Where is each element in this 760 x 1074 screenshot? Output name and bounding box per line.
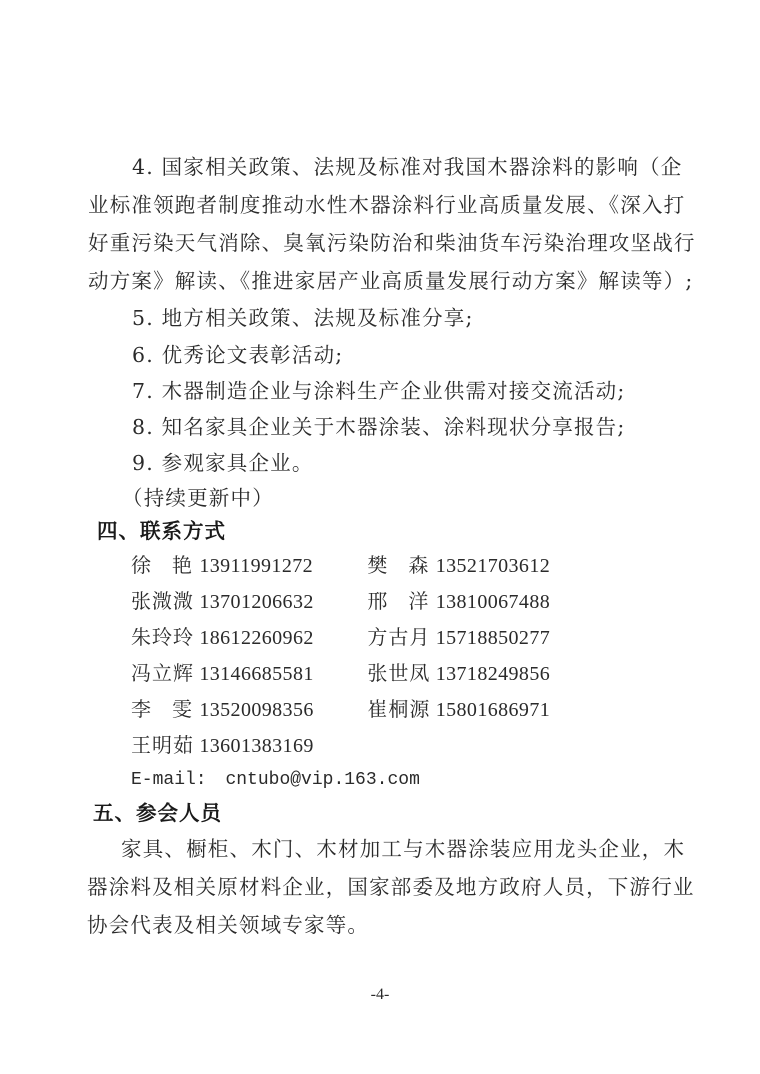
contact-phone: 15801686971 [436, 699, 550, 721]
update-note: （持续更新中） [122, 481, 274, 515]
contact-name: 王明茹 [131, 728, 193, 762]
contact-row: 李雯 13520098356 崔桐源 15801686971 [131, 692, 577, 727]
attendees-line-3: 协会代表及相关领域专家等。 [87, 908, 369, 942]
contact-phone: 15718850277 [436, 627, 550, 649]
agenda-item-4-line-1: 4. 国家相关政策、法规及标准对我国木器涂料的影响（企 [132, 150, 682, 184]
contact-item: 方古月 15718850277 [367, 620, 577, 655]
agenda-item-4-line-4: 动方案》解读、《推进家居产业高质量发展行动方案》解读等）; [88, 264, 693, 298]
document-page: 4. 国家相关政策、法规及标准对我国木器涂料的影响（企 业标准领跑者制度推动水性… [0, 0, 760, 1074]
contact-phone: 13701206632 [199, 591, 313, 613]
contact-item: 张世凤 13718249856 [367, 656, 577, 691]
contact-row: 冯立辉 13146685581 张世凤 13718249856 [131, 656, 577, 691]
contact-row: 朱玲玲 18612260962 方古月 15718850277 [131, 620, 577, 655]
contact-name: 张世凤 [367, 656, 429, 690]
agenda-item-7: 7. 木器制造企业与涂料生产企业供需对接交流活动; [132, 374, 625, 408]
contact-phone: 13601383169 [199, 735, 313, 757]
agenda-item-4-line-3: 好重污染天气消除、臭氧污染防治和柴油货车污染治理攻坚战行 [88, 226, 696, 260]
contact-email-line: E-mail: cntubo@vip.163.com [131, 763, 420, 797]
contact-name: 朱玲玲 [131, 620, 193, 654]
agenda-item-4-line-2: 业标准领跑者制度推动水性木器涂料行业高质量发展、《深入打 [88, 188, 685, 222]
page-number: -4- [0, 986, 760, 1004]
contact-name: 徐艳 [131, 548, 193, 582]
contact-phone: 13810067488 [436, 591, 550, 613]
contact-phone: 18612260962 [199, 627, 313, 649]
contact-name: 樊森 [367, 548, 429, 582]
contact-name: 冯立辉 [131, 656, 193, 690]
contact-phone: 13520098356 [199, 699, 313, 721]
contact-item: 崔桐源 15801686971 [367, 692, 577, 727]
contact-item: 樊森 13521703612 [367, 548, 577, 583]
agenda-item-8: 8. 知名家具企业关于木器涂装、涂料现状分享报告; [132, 410, 625, 444]
contact-item: 王明茹 13601383169 [131, 728, 341, 763]
contact-row: 张溦溦 13701206632 邢洋 13810067488 [131, 584, 577, 619]
contact-name: 崔桐源 [367, 692, 429, 726]
contact-phone: 13146685581 [199, 663, 313, 685]
contact-row: 徐艳 13911991272 樊森 13521703612 [131, 548, 577, 583]
contact-item: 邢洋 13810067488 [367, 584, 577, 619]
contact-name: 方古月 [367, 620, 429, 654]
contact-item: 张溦溦 13701206632 [131, 584, 341, 619]
contact-phone: 13521703612 [436, 555, 550, 577]
agenda-item-9: 9. 参观家具企业。 [132, 446, 314, 480]
contact-name: 邢洋 [367, 584, 429, 618]
section-heading-attendees: 五、参会人员 [93, 796, 222, 830]
agenda-item-6: 6. 优秀论文表彰活动; [132, 338, 343, 372]
email-label: E-mail: [131, 770, 207, 790]
contact-item: 朱玲玲 18612260962 [131, 620, 341, 655]
contact-item: 李雯 13520098356 [131, 692, 341, 727]
contact-row: 王明茹 13601383169 [131, 728, 341, 763]
contact-phone: 13718249856 [436, 663, 550, 685]
contact-item: 冯立辉 13146685581 [131, 656, 341, 691]
email-address[interactable]: cntubo@vip.163.com [225, 770, 419, 790]
agenda-item-5: 5. 地方相关政策、法规及标准分享; [132, 301, 474, 335]
contact-name: 李雯 [131, 692, 193, 726]
attendees-line-2: 器涂料及相关原材料企业，国家部委及地方政府人员，下游行业 [87, 870, 695, 904]
section-heading-contact: 四、联系方式 [97, 514, 226, 548]
attendees-line-1: 家具、橱柜、木门、木材加工与木器涂装应用龙头企业，木 [121, 832, 685, 866]
contact-item: 徐艳 13911991272 [131, 548, 341, 583]
contact-phone: 13911991272 [199, 555, 313, 577]
contact-name: 张溦溦 [131, 584, 193, 618]
